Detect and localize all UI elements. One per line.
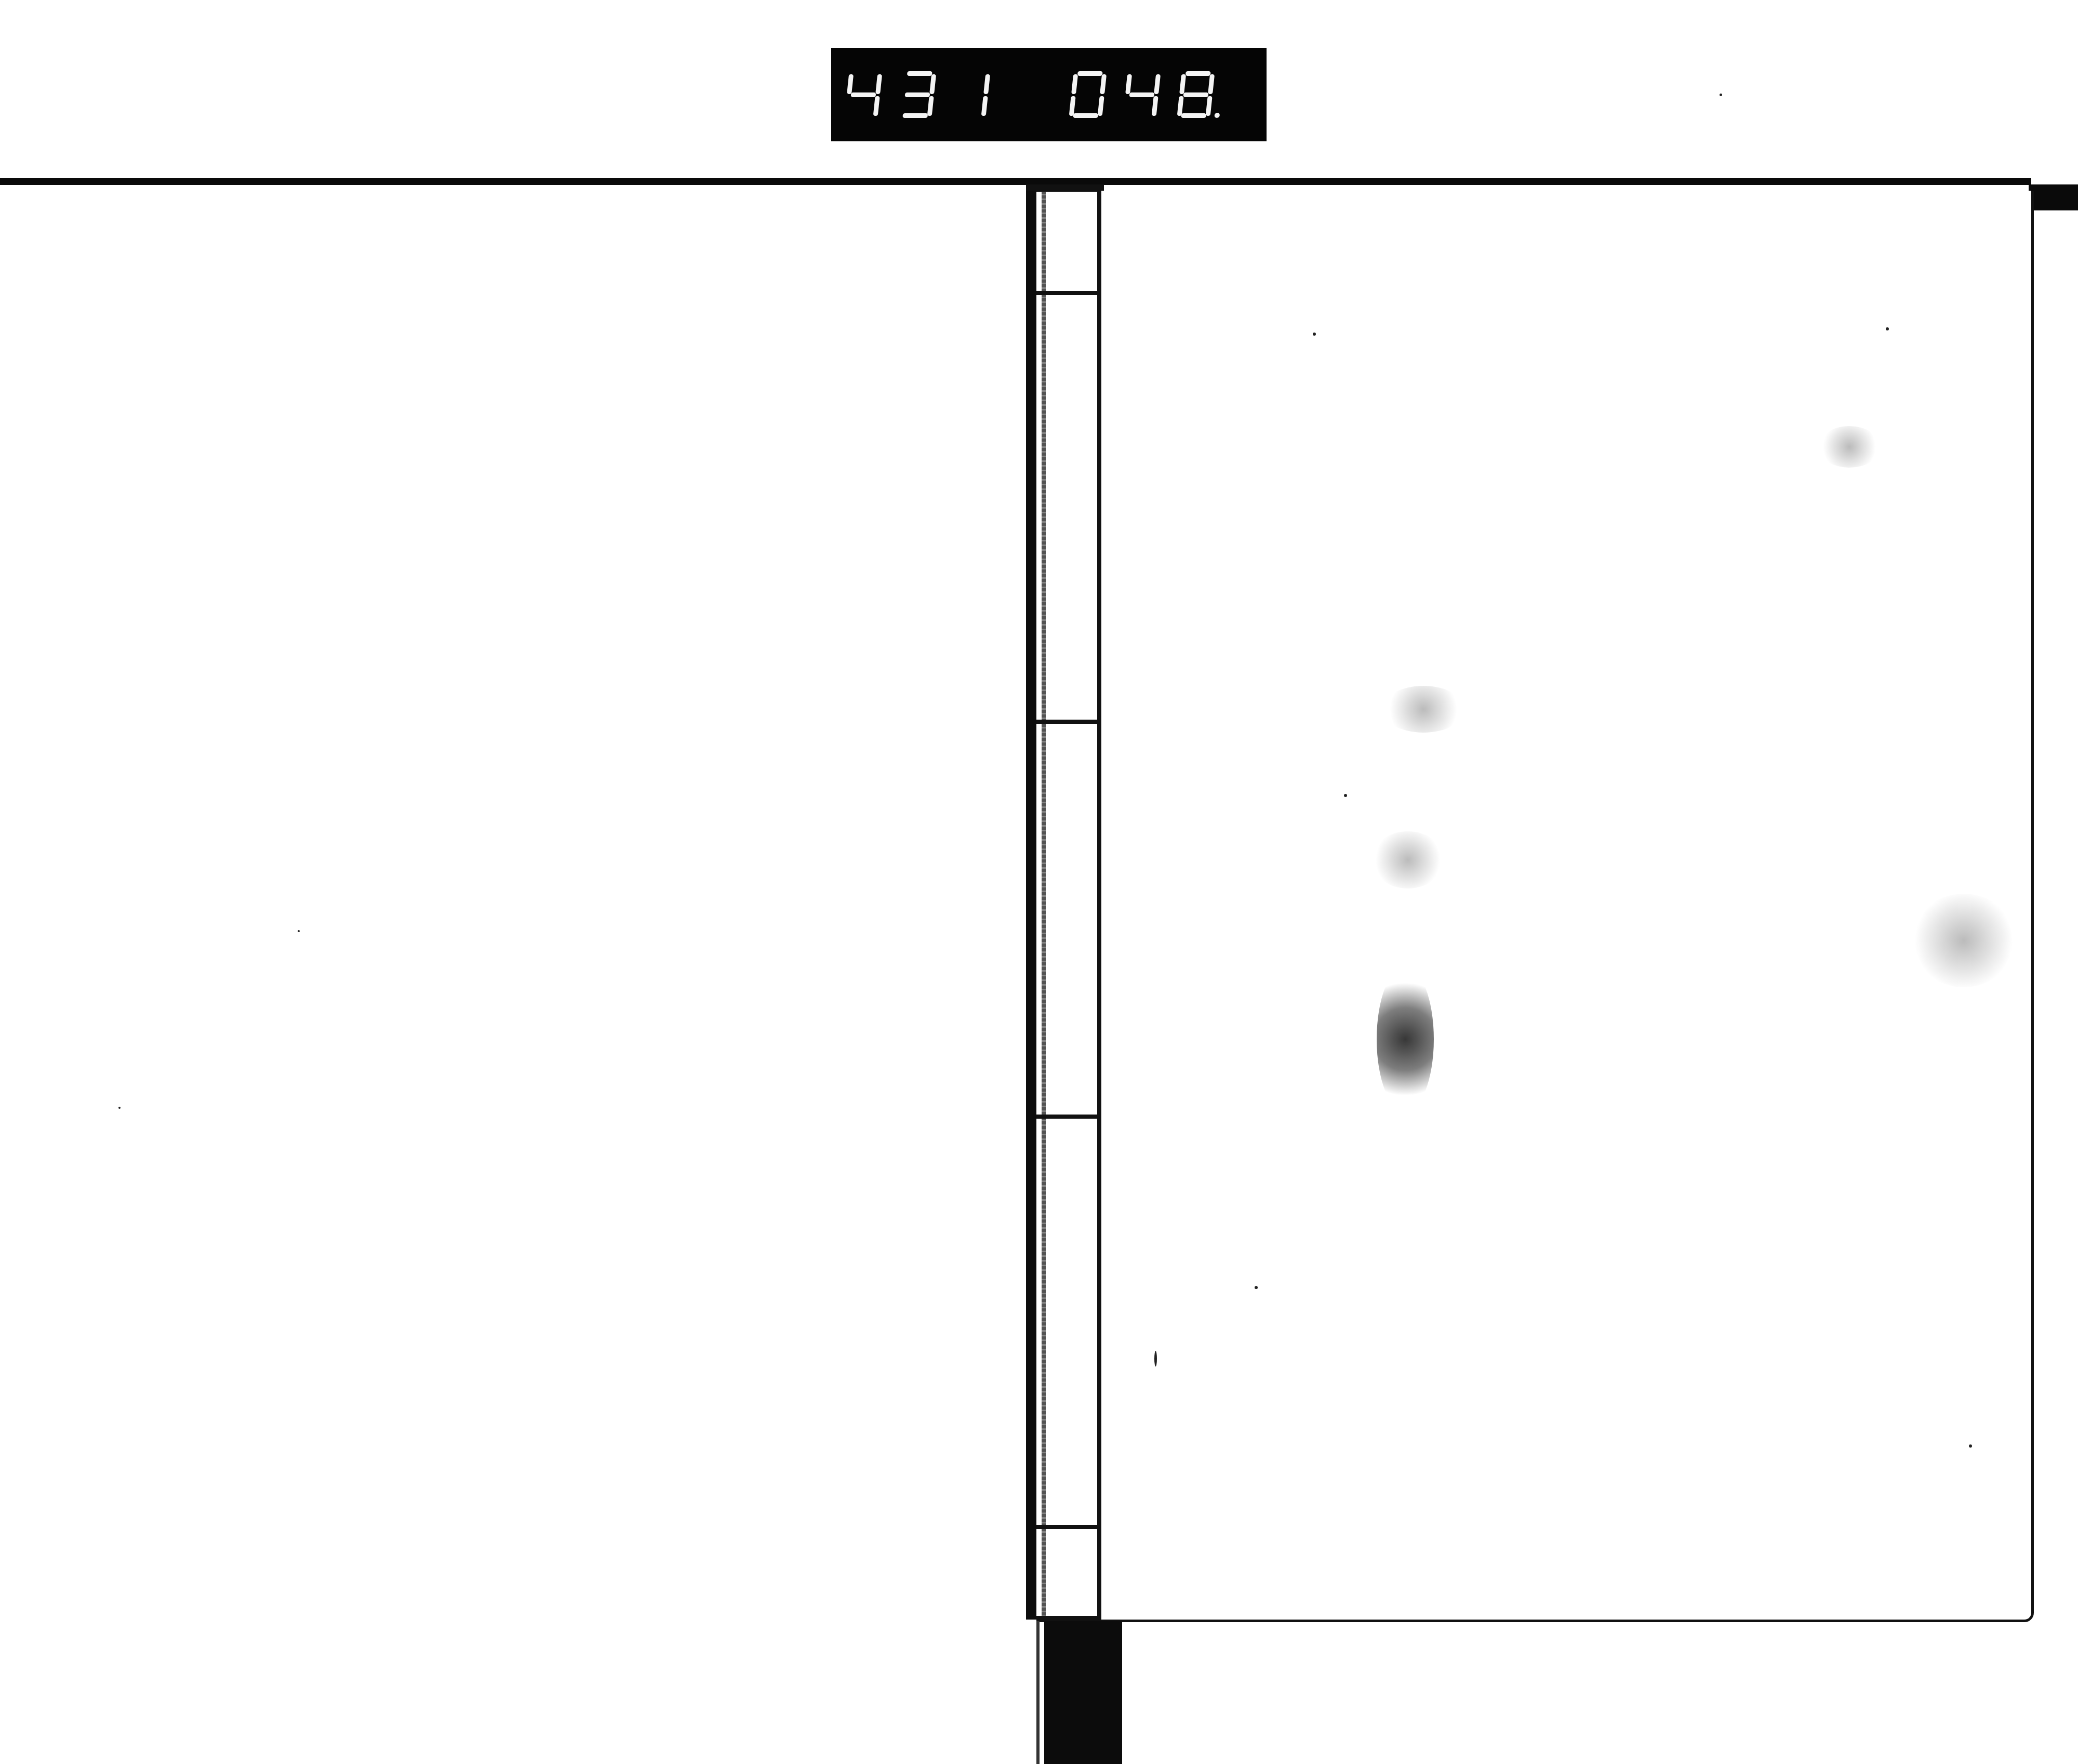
counter-group-2 [1071,71,1233,118]
counter-digit [1177,71,1215,118]
counter-digit [1069,71,1107,118]
counter-group-1 [847,71,1009,118]
binding-stitch [1036,1115,1101,1119]
counter-digit [898,71,936,118]
binding-tail [1044,1621,1122,1764]
cover-speckles [1818,426,1881,468]
cover-speckles [1912,894,2016,987]
binding-stitch [1036,1525,1101,1529]
cover-stain [1377,966,1434,1112]
counter-digit [1123,71,1161,118]
cover-speckles [1371,831,1444,888]
scanned-page [0,0,2078,1764]
binding-tail-edge [1036,1621,1040,1764]
book-cover [1101,191,2034,1622]
cover-speckles [1382,686,1465,733]
spine-inner-edge [1042,191,1046,1620]
counter-digit [952,71,990,118]
frame-counter-label [831,48,1267,141]
binding-stitch [1036,291,1101,295]
stitch-bound-book [1026,184,2060,1624]
counter-digit [844,71,882,118]
spine-top-edge [1026,184,1104,192]
binding-stitch [1036,720,1101,724]
spine-outer-edge [1026,191,1036,1620]
